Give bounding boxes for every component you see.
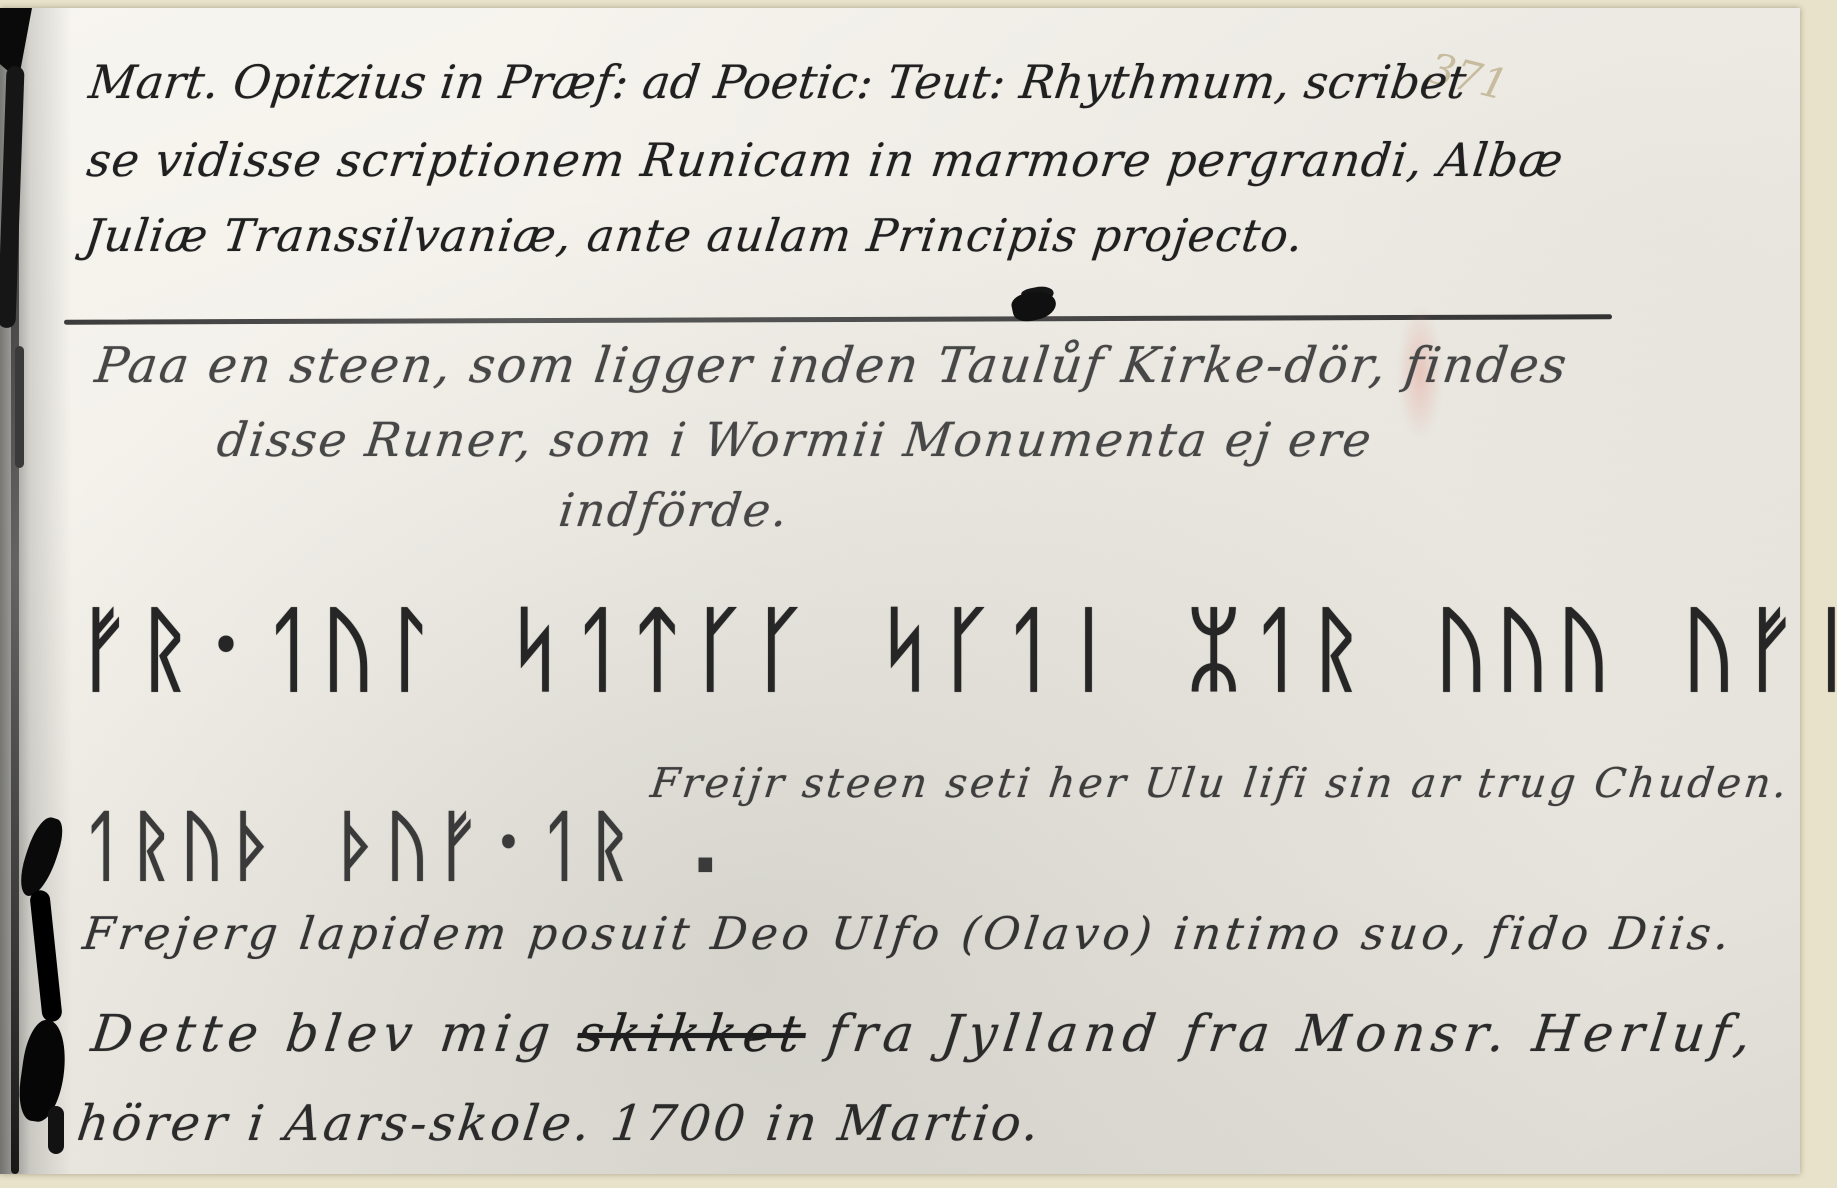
danish-note-line-3: indförde. bbox=[556, 484, 792, 537]
ink-rule bbox=[64, 314, 1612, 324]
provenance-line-2: hörer i Aars-skole. 1700 in Martio. bbox=[74, 1096, 1045, 1152]
rune-row-2: ᛐᚱᚢᚦ ᚦᚢᚠ᛫ᛐᚱ . bbox=[78, 808, 725, 884]
binding-blot-middle bbox=[15, 346, 24, 468]
danish-note-line-2: disse Runer, som i Wormii Monumenta ej e… bbox=[214, 414, 1376, 468]
provenance-line-1-post: fra Jylland fra Monsr. Herluf, bbox=[824, 1005, 1760, 1064]
danish-note-line-1: Paa en steen, som ligger inden Taulůf Ki… bbox=[92, 338, 1571, 394]
latin-heading-line-1: Mart. Opitzius in Præf: ad Poetic: Teut:… bbox=[86, 56, 1469, 109]
latin-translation-line: Frejerg lapidem posuit Deo Ulfo (Olavo) … bbox=[80, 908, 1736, 960]
transliteration-line: Freijr steen seti her Ulu lifi sin ar tr… bbox=[648, 760, 1792, 807]
latin-heading-line-2: se vidisse scriptionem Runicam in marmor… bbox=[84, 134, 1567, 187]
provenance-line-1-pre: Dette blev mig bbox=[88, 1005, 559, 1064]
provenance-line-1: Dette blev mig skikket fra Jylland fra M… bbox=[88, 1006, 1760, 1065]
latin-heading-line-3: Juliæ Transsilvaniæ, ante aulam Principi… bbox=[82, 210, 1307, 262]
provenance-struck-word: skikket bbox=[574, 1005, 809, 1064]
manuscript-photo: 371 Mart. Opitzius in Præf: ad Poetic: T… bbox=[0, 8, 1800, 1174]
rune-row-1: ᚠᚱ᛫ᛐᚢᛚ ᛋᛐᛏᚴᚴ ᛋᚴᛐᛁ ᛯᛐᚱ ᚢᚢᚢ ᚢᚠᛁ ᛋᛁᛚᛅᚱ bbox=[76, 604, 1837, 696]
photo-mount: 371 Mart. Opitzius in Præf: ad Poetic: T… bbox=[0, 0, 1837, 1188]
binding-blot-lower-4 bbox=[48, 1106, 64, 1154]
